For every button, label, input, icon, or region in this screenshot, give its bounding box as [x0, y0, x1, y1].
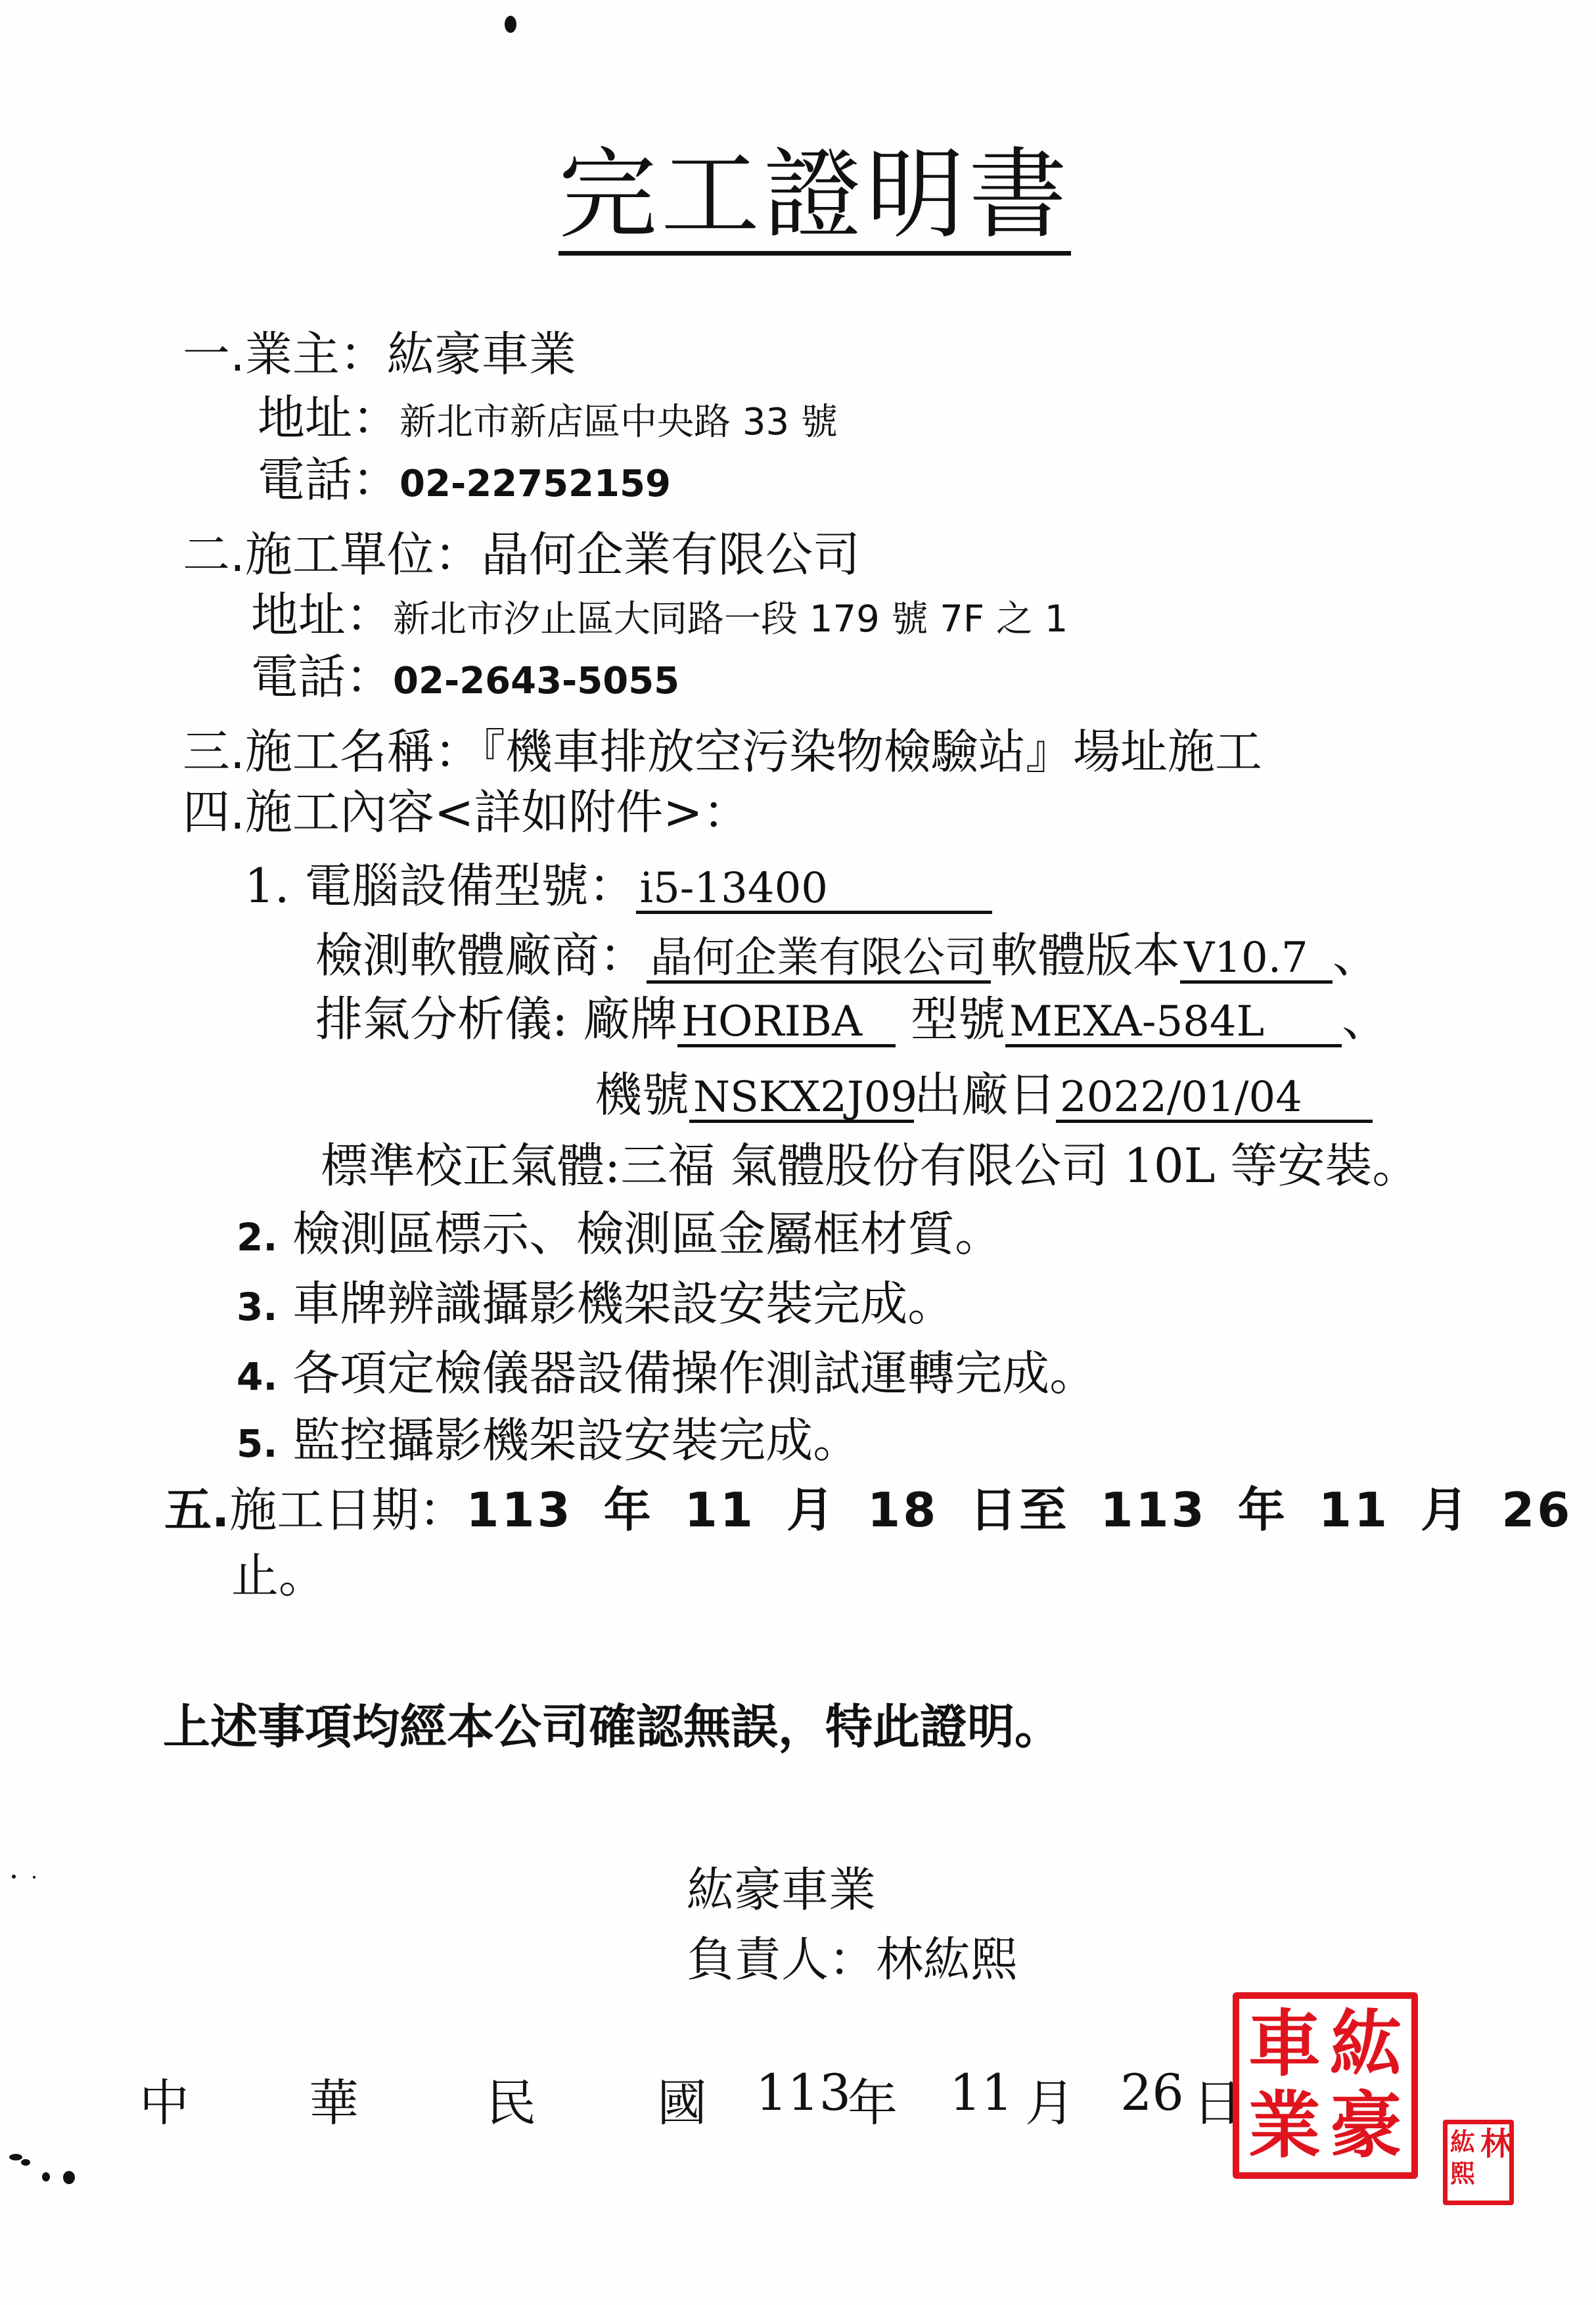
item-1-software: 檢測軟體廠商：晶何企業有限公司軟體版本V10.7、 — [315, 932, 1380, 984]
period-end: 止。 — [231, 1552, 326, 1599]
contractor-name: 晶何企業有限公司 — [482, 527, 860, 582]
computer-model: i5-13400 — [636, 867, 992, 914]
separator: 、 — [1333, 928, 1380, 983]
era-char: 中 — [139, 2063, 189, 2135]
month-unit: 月 — [1025, 2063, 1075, 2135]
period-label: 施工日期： — [229, 1482, 466, 1538]
analyzer-model: MEXA-584L — [1005, 1001, 1342, 1047]
section-number: 二. — [183, 527, 245, 582]
date-day: 26 — [1120, 2063, 1184, 2122]
item-1-computer: 1. 電腦設備型號：i5-13400 — [244, 862, 992, 914]
signature-person-row: 負責人：林紘熙 — [687, 1936, 1018, 1983]
seal-char: 紘 — [1450, 2130, 1475, 2155]
separator: 、 — [1342, 992, 1389, 1047]
mfg-date-label: 出廠日 — [914, 1067, 1056, 1122]
item-number: 2. — [237, 1215, 277, 1260]
project-name-label: 施工名稱： — [245, 724, 482, 779]
company-seal: 紘 豪 車 業 — [1233, 1992, 1418, 2179]
scan-speck — [33, 1876, 35, 1879]
contractor-address-row: 地址：新北市汐止區大同路一段 179 號 7F 之 1 — [251, 591, 1068, 639]
date-month: 11 — [949, 2063, 1013, 2122]
year-unit: 年 — [848, 2063, 898, 2135]
item-1-analyzer: 排氣分析儀: 廠牌HORIBA 型號MEXA-584L、 — [315, 995, 1389, 1047]
owner-phone: 02-22752159 — [399, 463, 671, 505]
section-number: 一. — [183, 327, 245, 382]
analyzer-brand: HORIBA — [677, 1001, 896, 1047]
certification-statement: 上述事項均經本公司確認無誤，特此證明。 — [163, 1703, 1062, 1750]
software-version: V10.7 — [1180, 937, 1333, 984]
software-vendor-label: 檢測軟體廠商： — [315, 928, 647, 983]
contractor-address: 新北市汐止區大同路一段 179 號 7F 之 1 — [393, 598, 1068, 641]
software-version-label: 軟體版本 — [991, 928, 1180, 983]
model-label: 型號 — [911, 992, 1005, 1047]
contractor-phone: 02-2643-5055 — [393, 660, 679, 702]
date-year: 113 — [756, 2063, 851, 2122]
content-label: 施工內容<詳如附件>： — [245, 785, 750, 840]
computer-label: 電腦設備型號： — [305, 858, 636, 913]
scan-speck — [63, 2171, 75, 2184]
era-char: 華 — [309, 2063, 359, 2135]
signature-company: 紘豪車業 — [687, 1866, 876, 1913]
content-heading: 四.施工內容<詳如附件>： — [183, 788, 750, 836]
project-name: 『機車排放空污染物檢驗站』場址施工 — [482, 724, 1262, 779]
serial-label: 機號 — [595, 1067, 689, 1122]
punch-mark — [505, 16, 516, 33]
owner-address: 新北市新店區中央路 33 號 — [399, 401, 838, 444]
scan-speck — [9, 2154, 22, 2160]
phone-label: 電話： — [258, 452, 399, 507]
list-item: 5. 監控攝影機架設安裝完成。 — [237, 1417, 860, 1464]
project-name-heading: 三.施工名稱：『機車排放空污染物檢驗站』場址施工 — [183, 728, 1262, 775]
era-char: 國 — [657, 2063, 707, 2135]
item-text: 檢測區標示、檢測區金屬框材質。 — [292, 1206, 1002, 1262]
section-number: 三. — [183, 724, 245, 779]
item-text: 車牌辨識攝影機架設安裝完成。 — [292, 1276, 955, 1331]
item-number: 5. — [237, 1421, 277, 1466]
software-vendor: 晶何企業有限公司 — [647, 937, 991, 984]
contractor-label: 施工單位： — [245, 527, 482, 582]
owner-heading: 一.業主：紘豪車業 — [183, 331, 576, 378]
seal-char: 熙 — [1450, 2161, 1475, 2186]
document-page: 完工證明書 一.業主：紘豪車業 地址：新北市新店區中央路 33 號 電話：02-… — [0, 0, 1596, 2305]
owner-phone-row: 電話：02-22752159 — [258, 456, 671, 503]
contractor-heading: 二.施工單位：晶何企業有限公司 — [183, 531, 860, 578]
contractor-phone-row: 電話：02-2643-5055 — [251, 653, 679, 700]
address-label: 地址： — [251, 587, 393, 643]
analyzer-serial: NSKX2J09 — [689, 1076, 914, 1123]
era-char: 民 — [486, 2063, 536, 2135]
seal-char: 業 — [1248, 2089, 1321, 2162]
phone-label: 電話： — [251, 649, 393, 704]
owner-name: 紘豪車業 — [387, 327, 576, 382]
scan-speck — [12, 1875, 16, 1879]
owner-label: 業主： — [245, 327, 387, 382]
seal-char: 車 — [1248, 2008, 1321, 2080]
seal-char: 紘 — [1330, 2008, 1402, 2080]
item-text: 監控攝影機架設安裝完成。 — [292, 1413, 860, 1468]
seal-char: 林 — [1480, 2128, 1512, 2160]
address-label: 地址： — [258, 390, 399, 445]
owner-address-row: 地址：新北市新店區中央路 33 號 — [258, 394, 838, 442]
list-item: 2. 檢測區標示、檢測區金屬框材質。 — [237, 1210, 1002, 1258]
period-dates: 113 年 11 月 18 日至 113 年 11 月 26 日 — [466, 1482, 1596, 1538]
list-item: 3. 車牌辨識攝影機架設安裝完成。 — [237, 1280, 955, 1327]
analyzer-mfg-date: 2022/01/04 — [1056, 1076, 1373, 1123]
analyzer-label: 排氣分析儀: — [315, 992, 568, 1047]
person-label: 負責人： — [687, 1932, 876, 1987]
calibration-gas: 標準校正氣體:三福 氣體股份有限公司 10L 等安裝。 — [321, 1142, 1419, 1189]
section-number: 四. — [183, 785, 245, 840]
period-heading: 五.施工日期：113 年 11 月 18 日至 113 年 11 月 26 日 — [164, 1486, 1596, 1534]
document-title: 完工證明書 — [559, 141, 1071, 256]
seal-char: 豪 — [1330, 2089, 1402, 2162]
section-number: 五. — [164, 1482, 229, 1538]
item-number: 4. — [237, 1354, 277, 1399]
responsible-person: 林紘熙 — [876, 1932, 1018, 1987]
brand-label: 廠牌 — [583, 992, 677, 1047]
item-number: 1. — [244, 858, 290, 913]
personal-seal: 林 紘 熙 — [1443, 2120, 1514, 2205]
scan-speck — [21, 2159, 30, 2166]
list-item: 4. 各項定檢儀器設備操作測試運轉完成。 — [237, 1350, 1097, 1397]
item-number: 3. — [237, 1285, 277, 1329]
item-1-serial: 機號NSKX2J09出廠日2022/01/04 — [595, 1071, 1373, 1123]
item-text: 各項定檢儀器設備操作測試運轉完成。 — [292, 1346, 1097, 1401]
scan-speck — [42, 2172, 50, 2181]
